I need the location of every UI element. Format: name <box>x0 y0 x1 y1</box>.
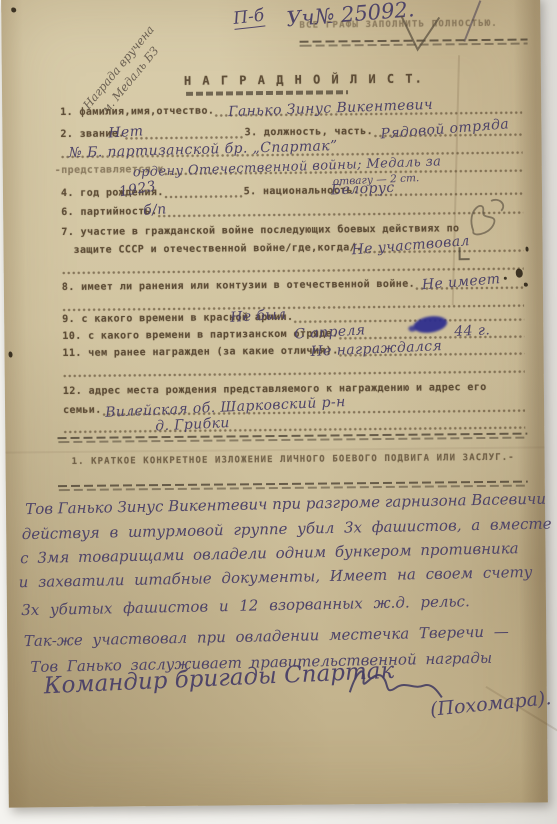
form-row-name: 1. фамилия,имя,отчество. Ганько Зинус Ви… <box>60 101 522 120</box>
form-title: Н А Г Р А Д Н О Й Л И С Т. <box>184 72 424 88</box>
citation-line: Тов Ганько Зинус Викентевич при разгроме… <box>25 490 545 518</box>
row12-label-line2: семьи. <box>63 404 102 418</box>
row6-value: б/п <box>143 201 168 219</box>
ink-speck <box>11 7 16 12</box>
row3-value: Рядовой отряда <box>380 116 510 142</box>
dotted-leader <box>63 363 525 379</box>
signature-block: Командир бригады Спартак (Похомара). <box>44 662 545 747</box>
ink-speck <box>504 277 507 280</box>
form-row-represented-for: -представляется к ордену Отечественной в… <box>55 159 523 178</box>
form-row-unit-continued: № Б. партизанской бр. „Спартак” <box>61 141 523 160</box>
registry-prefix: П-б <box>232 6 265 30</box>
form-row-war-participation-blank <box>62 257 524 276</box>
row1-label: 1. фамилия,имя,отчество. <box>60 105 214 120</box>
row2-value: Нет <box>108 123 144 141</box>
row12-value-village: д. Грибки <box>155 415 230 434</box>
row8-label: 8. имеет ли ранения или контузии в отече… <box>62 278 415 295</box>
section-title: 1. КРАТКОЕ КОНКРЕТНОЕ ИЗЛОЖЕНИЕ ЛИЧНОГО … <box>72 453 515 467</box>
title-underline <box>186 90 348 96</box>
ink-speck <box>516 269 523 278</box>
citation-line: с 3мя товарищами овладели одним бункером… <box>20 539 546 568</box>
dotted-leader <box>164 187 244 200</box>
form-row-previous-awards: 11. чем ранее награжден (за какие отличи… <box>62 342 524 361</box>
row11-label: 11. чем ранее награжден (за какие отличи… <box>62 344 338 361</box>
form-row-address-line2: семьи. Вилейская об. Шарковский р-н <box>63 399 525 418</box>
paper-crease <box>5 446 544 453</box>
ink-speck <box>526 247 529 252</box>
citation-line: и захватили штабные документы, Имеет на … <box>18 563 546 592</box>
pencil-check-mark <box>399 13 445 55</box>
form-row-previous-awards-blank <box>63 360 525 379</box>
citation-line: Так-же участвовал при овладении местечка… <box>24 622 548 651</box>
margin-bracket-mark <box>456 245 472 263</box>
ink-speck <box>9 352 13 358</box>
citation-text: Тов Ганько Зинус Викентевич при разгроме… <box>17 490 548 677</box>
row7-label-line1: 7. участие в гражданской войне последующ… <box>61 222 459 240</box>
form-row-partisan-since: 10. с какого времени в партизанском отря… <box>62 325 524 344</box>
margin-scribble <box>461 195 511 239</box>
ink-speck <box>524 283 528 287</box>
citation-line: 3х убитых фашистов и 12 взорванных ж.д. … <box>21 591 547 620</box>
form-row-address-line3: д. Грибки <box>63 416 525 435</box>
dotted-leader <box>62 260 524 276</box>
form-row-wounds: 8. имеет ли ранения или контузии в отече… <box>62 276 524 295</box>
row5-value: Белорус <box>331 180 395 199</box>
scan-background: П-б Уч№ 25092. ВСЕ ГРАФЫ ЗАПОЛНИТЬ ПОЛНО… <box>0 0 557 824</box>
row10-value-year: 44 г. <box>454 322 490 340</box>
citation-line: действуя в штурмовой группе убил 3х фаши… <box>22 515 546 544</box>
row7-label-line2: защите СССР и отечественной войне/где,ко… <box>73 241 362 258</box>
award-sheet-document: П-б Уч№ 25092. ВСЕ ГРАФЫ ЗАПОЛНИТЬ ПОЛНО… <box>1 0 548 808</box>
ink-blot-small <box>408 326 416 332</box>
section-divider-bottom <box>58 481 528 492</box>
